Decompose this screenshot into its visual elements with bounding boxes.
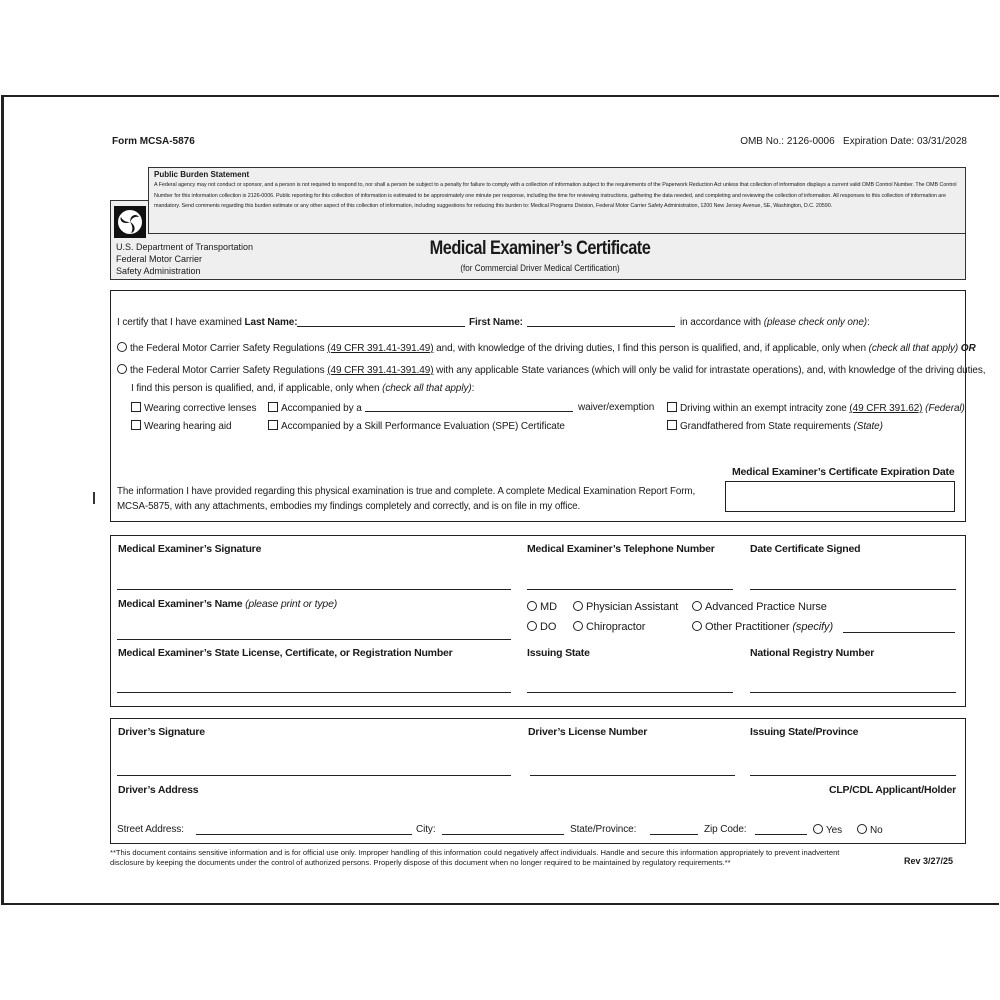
agency-line-3: Safety Administration (116, 265, 253, 277)
agency-line-2: Federal Motor Carrier (116, 253, 253, 265)
checkbox-icon[interactable] (667, 420, 677, 430)
accompanied-by-label: Accompanied by a (281, 403, 362, 414)
examiner-name-text: Medical Examiner’s Name (118, 598, 242, 610)
examiner-signature-label: Medical Examiner’s Signature (118, 543, 261, 555)
issuing-province-field[interactable] (750, 775, 956, 776)
grandfathered-checkbox[interactable]: Grandfathered from State requirements (S… (667, 420, 883, 432)
option2-line2: I find this person is qualified, and, if… (131, 383, 474, 394)
intracity-zone-checkbox[interactable]: Driving within an exempt intracity zone … (667, 402, 965, 414)
radio-icon[interactable] (857, 824, 867, 834)
option2-post: with any applicable State variances (whi… (433, 365, 985, 376)
check-all-hint: (check all that apply) (382, 383, 472, 394)
license-number-label: Medical Examiner’s State License, Certif… (118, 647, 453, 659)
federal-hint: (Federal) (922, 403, 964, 414)
examiner-name-label: Medical Examiner’s Name (please print or… (118, 598, 337, 610)
print-or-type-hint: (please print or type) (242, 598, 337, 610)
form-id: Form MCSA-5876 (112, 136, 195, 147)
certify-intro-text: I certify that I have examined (117, 317, 242, 328)
revision-date: Rev 3/27/25 (904, 856, 953, 866)
corrective-lenses-checkbox[interactable]: Wearing corrective lenses (131, 402, 256, 414)
accordance-text: in accordance with (please check only on… (680, 317, 870, 328)
accordance-label: in accordance with (680, 317, 761, 328)
state-hint: (State) (854, 421, 883, 432)
first-name-label: First Name: (469, 317, 523, 328)
driver-address-label: Driver’s Address (118, 784, 198, 796)
credential-other-radio[interactable]: Other Practitioner (specify) (692, 621, 833, 633)
radio-icon[interactable] (573, 601, 583, 611)
colon: : (472, 383, 475, 394)
credential-do-radio[interactable]: DO (527, 621, 556, 633)
attestation-line-1: The information I have provided regardin… (117, 486, 695, 497)
do-label: DO (540, 621, 556, 633)
checkbox-icon[interactable] (268, 420, 278, 430)
city-label: City: (416, 824, 436, 835)
md-label: MD (540, 601, 557, 613)
option1-post: and, with knowledge of the driving dutie… (433, 343, 868, 354)
text-cursor-mark (93, 492, 95, 504)
radio-icon[interactable] (527, 621, 537, 631)
spe-label: Accompanied by a Skill Performance Evalu… (281, 421, 565, 432)
clp-no-radio[interactable]: No (857, 824, 883, 836)
cfr-link[interactable]: (49 CFR 391.62) (849, 403, 922, 414)
option-state-radio[interactable]: the Federal Motor Carrier Safety Regulat… (117, 364, 985, 376)
cfr-link[interactable]: (49 CFR 391.41-391.49) (327, 343, 433, 354)
burden-text: A Federal agency may not conduct or spon… (154, 180, 960, 212)
checkbox-icon[interactable] (131, 402, 141, 412)
check-one-hint: (please check only one) (764, 317, 867, 328)
option1-pre: the Federal Motor Carrier Safety Regulat… (130, 343, 327, 354)
clp-yes-radio[interactable]: Yes (813, 824, 842, 836)
option-federal-radio[interactable]: the Federal Motor Carrier Safety Regulat… (117, 342, 976, 354)
last-name-label: Last Name: (245, 317, 298, 328)
check-all-hint: (check all that apply) (869, 343, 959, 354)
issuing-state-label: Issuing State (527, 647, 590, 659)
hearing-aid-checkbox[interactable]: Wearing hearing aid (131, 420, 231, 432)
agency-name: U.S. Department of Transportation Federa… (116, 241, 253, 277)
expiration-date-field[interactable] (725, 481, 955, 512)
colon: : (867, 317, 870, 328)
radio-icon[interactable] (692, 621, 702, 631)
radio-icon[interactable] (692, 601, 702, 611)
grandfathered-label: Grandfathered from State requirements (680, 421, 854, 432)
radio-icon[interactable] (117, 364, 127, 374)
confidentiality-notice: **This document contains sensitive infor… (110, 848, 870, 867)
expiration-date-label: Medical Examiner’s Certificate Expiratio… (732, 466, 954, 478)
state-province-field[interactable] (650, 834, 698, 835)
radio-icon[interactable] (573, 621, 583, 631)
date-signed-field[interactable] (750, 589, 956, 590)
license-number-field[interactable] (117, 692, 511, 693)
last-name-field[interactable] (297, 326, 465, 327)
zip-code-label: Zip Code: (704, 824, 746, 835)
examiner-signature-field[interactable] (117, 589, 511, 590)
certificate-title: Medical Examiner’s Certificate (334, 238, 747, 260)
examiner-name-field[interactable] (117, 639, 511, 640)
apn-label: Advanced Practice Nurse (705, 601, 827, 613)
burden-title: Public Burden Statement (154, 170, 960, 179)
driver-license-field[interactable] (530, 775, 735, 776)
option2-pre: the Federal Motor Carrier Safety Regulat… (130, 365, 327, 376)
accompanied-by-checkbox[interactable]: Accompanied by a (268, 402, 362, 414)
spe-certificate-checkbox[interactable]: Accompanied by a Skill Performance Evalu… (268, 420, 565, 432)
radio-icon[interactable] (813, 824, 823, 834)
agency-line-1: U.S. Department of Transportation (116, 241, 253, 253)
checkbox-icon[interactable] (268, 402, 278, 412)
attestation-line-2: MCSA-5875, with any attachments, embodie… (117, 501, 580, 512)
city-field[interactable] (442, 834, 564, 835)
omb-number: OMB No.: 2126-0006 Expiration Date: 03/3… (740, 136, 967, 147)
radio-icon[interactable] (527, 601, 537, 611)
date-signed-label: Date Certificate Signed (750, 543, 860, 555)
checkbox-icon[interactable] (667, 402, 677, 412)
waiver-label: waiver/exemption (578, 402, 654, 413)
examiner-phone-label: Medical Examiner’s Telephone Number (527, 543, 715, 555)
dot-triskelion-logo-icon (114, 206, 146, 238)
driver-license-label: Driver’s License Number (528, 726, 647, 738)
driver-signature-field[interactable] (117, 775, 511, 776)
issuing-province-label: Issuing State/Province (750, 726, 858, 738)
other-practitioner-field[interactable] (843, 632, 955, 633)
intracity-label: Driving within an exempt intracity zone (680, 403, 849, 414)
registry-number-field[interactable] (750, 692, 956, 693)
driver-signature-label: Driver’s Signature (118, 726, 205, 738)
yes-label: Yes (826, 825, 842, 836)
or-label: OR (958, 343, 975, 354)
other-label: Other Practitioner (705, 621, 789, 633)
public-burden-statement: Public Burden Statement A Federal agency… (148, 167, 966, 234)
credential-chiropractor-radio[interactable]: Chiropractor (573, 621, 645, 633)
corrective-lenses-label: Wearing corrective lenses (144, 403, 256, 414)
specify-hint: (specify) (789, 621, 833, 633)
street-address-field[interactable] (196, 834, 412, 835)
street-address-label: Street Address: (117, 824, 184, 835)
credential-pa-radio[interactable]: Physician Assistant (573, 601, 678, 613)
examiner-phone-field[interactable] (527, 589, 733, 590)
certificate-subtitle: (for Commercial Driver Medical Certifica… (324, 263, 756, 273)
chiropractor-label: Chiropractor (586, 621, 645, 633)
checkbox-icon[interactable] (131, 420, 141, 430)
credential-apn-radio[interactable]: Advanced Practice Nurse (692, 601, 827, 613)
radio-icon[interactable] (117, 342, 127, 352)
hearing-aid-label: Wearing hearing aid (144, 421, 231, 432)
registry-number-label: National Registry Number (750, 647, 874, 659)
pa-label: Physician Assistant (586, 601, 678, 613)
first-name-field[interactable] (527, 326, 675, 327)
credential-md-radio[interactable]: MD (527, 601, 557, 613)
state-province-label: State/Province: (570, 824, 636, 835)
issuing-state-field[interactable] (527, 692, 733, 693)
option2-line2-text: I find this person is qualified, and, if… (131, 383, 382, 394)
cfr-link[interactable]: (49 CFR 391.41-391.49) (327, 365, 433, 376)
no-label: No (870, 825, 883, 836)
zip-code-field[interactable] (755, 834, 807, 835)
waiver-type-field[interactable] (365, 411, 573, 412)
clp-cdl-label: CLP/CDL Applicant/Holder (829, 784, 956, 796)
certify-intro: I certify that I have examined Last Name… (117, 317, 297, 328)
